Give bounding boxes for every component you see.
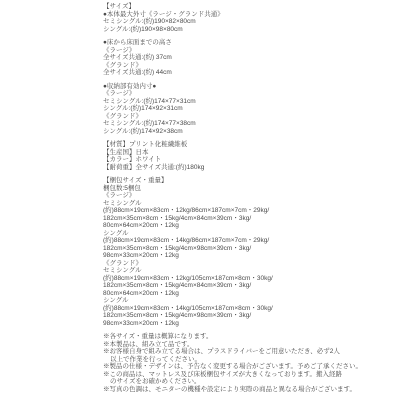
section-size: 【サイズ】●本体最大外寸《ラージ・グランド共通》セミシングル:(約)190×82… (103, 3, 397, 33)
section-storage-inner-size: ●収納部有効内寸●《ラージ》セミシングル:(約)174×77×31cmシングル:… (103, 83, 397, 136)
spec-line: 182cm×35cm×8cm・15kg/4cm×84cm×39cm・3kg/ (103, 282, 397, 290)
section-notes: ※各サイズ・重量は概算になります。※本製品は、組み立て品です。※お客様自身で組み… (103, 333, 397, 393)
spec-line: (約)88cm×19cm×83cm・12kg/86cm×187cm×7cm・29… (103, 207, 397, 215)
spec-line: セミシングル (103, 200, 397, 208)
section-material: 【材質】プリント化粧繊維板【生産国】日本【カラー】ホワイト【耐荷重】全サイズ共通… (103, 141, 397, 171)
spec-line: セミシングル (103, 267, 397, 275)
spec-line: (約)88cm×19cm×83cm・14kg/86cm×187cm×7cm・29… (103, 237, 397, 245)
section-floor-height: ●床から床面までの高さ《ラージ》全サイズ共通:(約) 37cm《グランド》全サイ… (103, 39, 397, 77)
spec-line: ※製品の仕様・デザインは、予告なく変更する場合がございます。予めご了承ください。 (103, 363, 397, 371)
spec-line: 《ラージ》 (103, 192, 397, 200)
spec-line: 182cm×35cm×8cm・15kg/4cm×98cm×39cm・3kg/ (103, 312, 397, 320)
spec-line: 80cm×64cm×20cm・12kg (103, 290, 397, 298)
spec-line: ※各サイズ・重量は概算になります。 (103, 333, 397, 341)
spec-line: 98cm×33cm×20cm・12kg (103, 252, 397, 260)
section-packaging: 【梱包サイズ・重量】梱包数:5梱包《ラージ》セミシングル(約)88cm×19cm… (103, 177, 397, 327)
spec-line: 【生産国】日本 (103, 149, 397, 157)
spec-line: 182cm×35cm×8cm・15kg/4cm×84cm×39cm・3kg/ (103, 215, 397, 223)
spec-line: 182cm×35cm×8cm・15kg/4cm×98cm×39cm・3kg/ (103, 245, 397, 253)
spec-line: 98cm×33cm×20cm・12kg (103, 320, 397, 328)
spec-line: ●床から床面までの高さ (103, 39, 397, 47)
spec-line: ●本体最大外寸《ラージ・グランド共通》 (103, 11, 397, 19)
spec-line: のサイズをお確かめください。 (103, 378, 397, 386)
spec-line: ●収納部有効内寸● (103, 83, 397, 91)
spec-line: 《グランド》 (103, 113, 397, 121)
spec-line: ※お客様自身で組み立てる場合は、プラスドライバーをご用意いただき、必ず2人 (103, 348, 397, 356)
spec-line: セミシングル:(約)174×77×38cm (103, 120, 397, 128)
spec-line: 全サイズ共通:(約) 37cm (103, 54, 397, 62)
product-spec-document: 【サイズ】●本体最大外寸《ラージ・グランド共通》セミシングル:(約)190×82… (103, 3, 397, 399)
spec-line: 《ラージ》 (103, 47, 397, 55)
spec-line: (約)88cm×19cm×83cm・12kg/105cm×187cm×8cm・3… (103, 275, 397, 283)
spec-line: 【梱包サイズ・重量】 (103, 177, 397, 185)
spec-line: 【カラー】ホワイト (103, 156, 397, 164)
spec-line: 全サイズ共通:(約) 44cm (103, 69, 397, 77)
spec-line: 《グランド》 (103, 62, 397, 70)
spec-line: 《グランド》 (103, 260, 397, 268)
spec-line: ※写真の色調は、モニターの機種や設定により実際の商品と異なる場合がございます。 (103, 386, 397, 394)
spec-line: 《ラージ》 (103, 90, 397, 98)
spec-line: 以上で作業を行ってください。 (103, 356, 397, 364)
spec-line: シングル:(約)174×92×38cm (103, 128, 397, 136)
spec-line: シングル:(約)190×98×80cm (103, 26, 397, 34)
spec-line: ※この商品は、マットレス及び床板梱包サイズが大きくなっております。搬入経路 (103, 371, 397, 379)
spec-line: 梱包数:5梱包 (103, 185, 397, 193)
spec-line: (約)88cm×19cm×83cm・14kg/105cm×187cm×8cm・3… (103, 305, 397, 313)
spec-line: 【耐荷重】全サイズ共通:(約)180kg (103, 164, 397, 172)
spec-line: シングル (103, 230, 397, 238)
spec-line: 【サイズ】 (103, 3, 397, 11)
spec-line: セミシングル:(約)190×82×80cm (103, 18, 397, 26)
spec-line: ※本製品は、組み立て品です。 (103, 341, 397, 349)
spec-line: 【材質】プリント化粧繊維板 (103, 141, 397, 149)
spec-line: セミシングル:(約)174×77×31cm (103, 98, 397, 106)
spec-line: シングル:(約)174×92×31cm (103, 105, 397, 113)
spec-line: シングル (103, 297, 397, 305)
spec-line: 80cm×64cm×20cm・12kg (103, 222, 397, 230)
